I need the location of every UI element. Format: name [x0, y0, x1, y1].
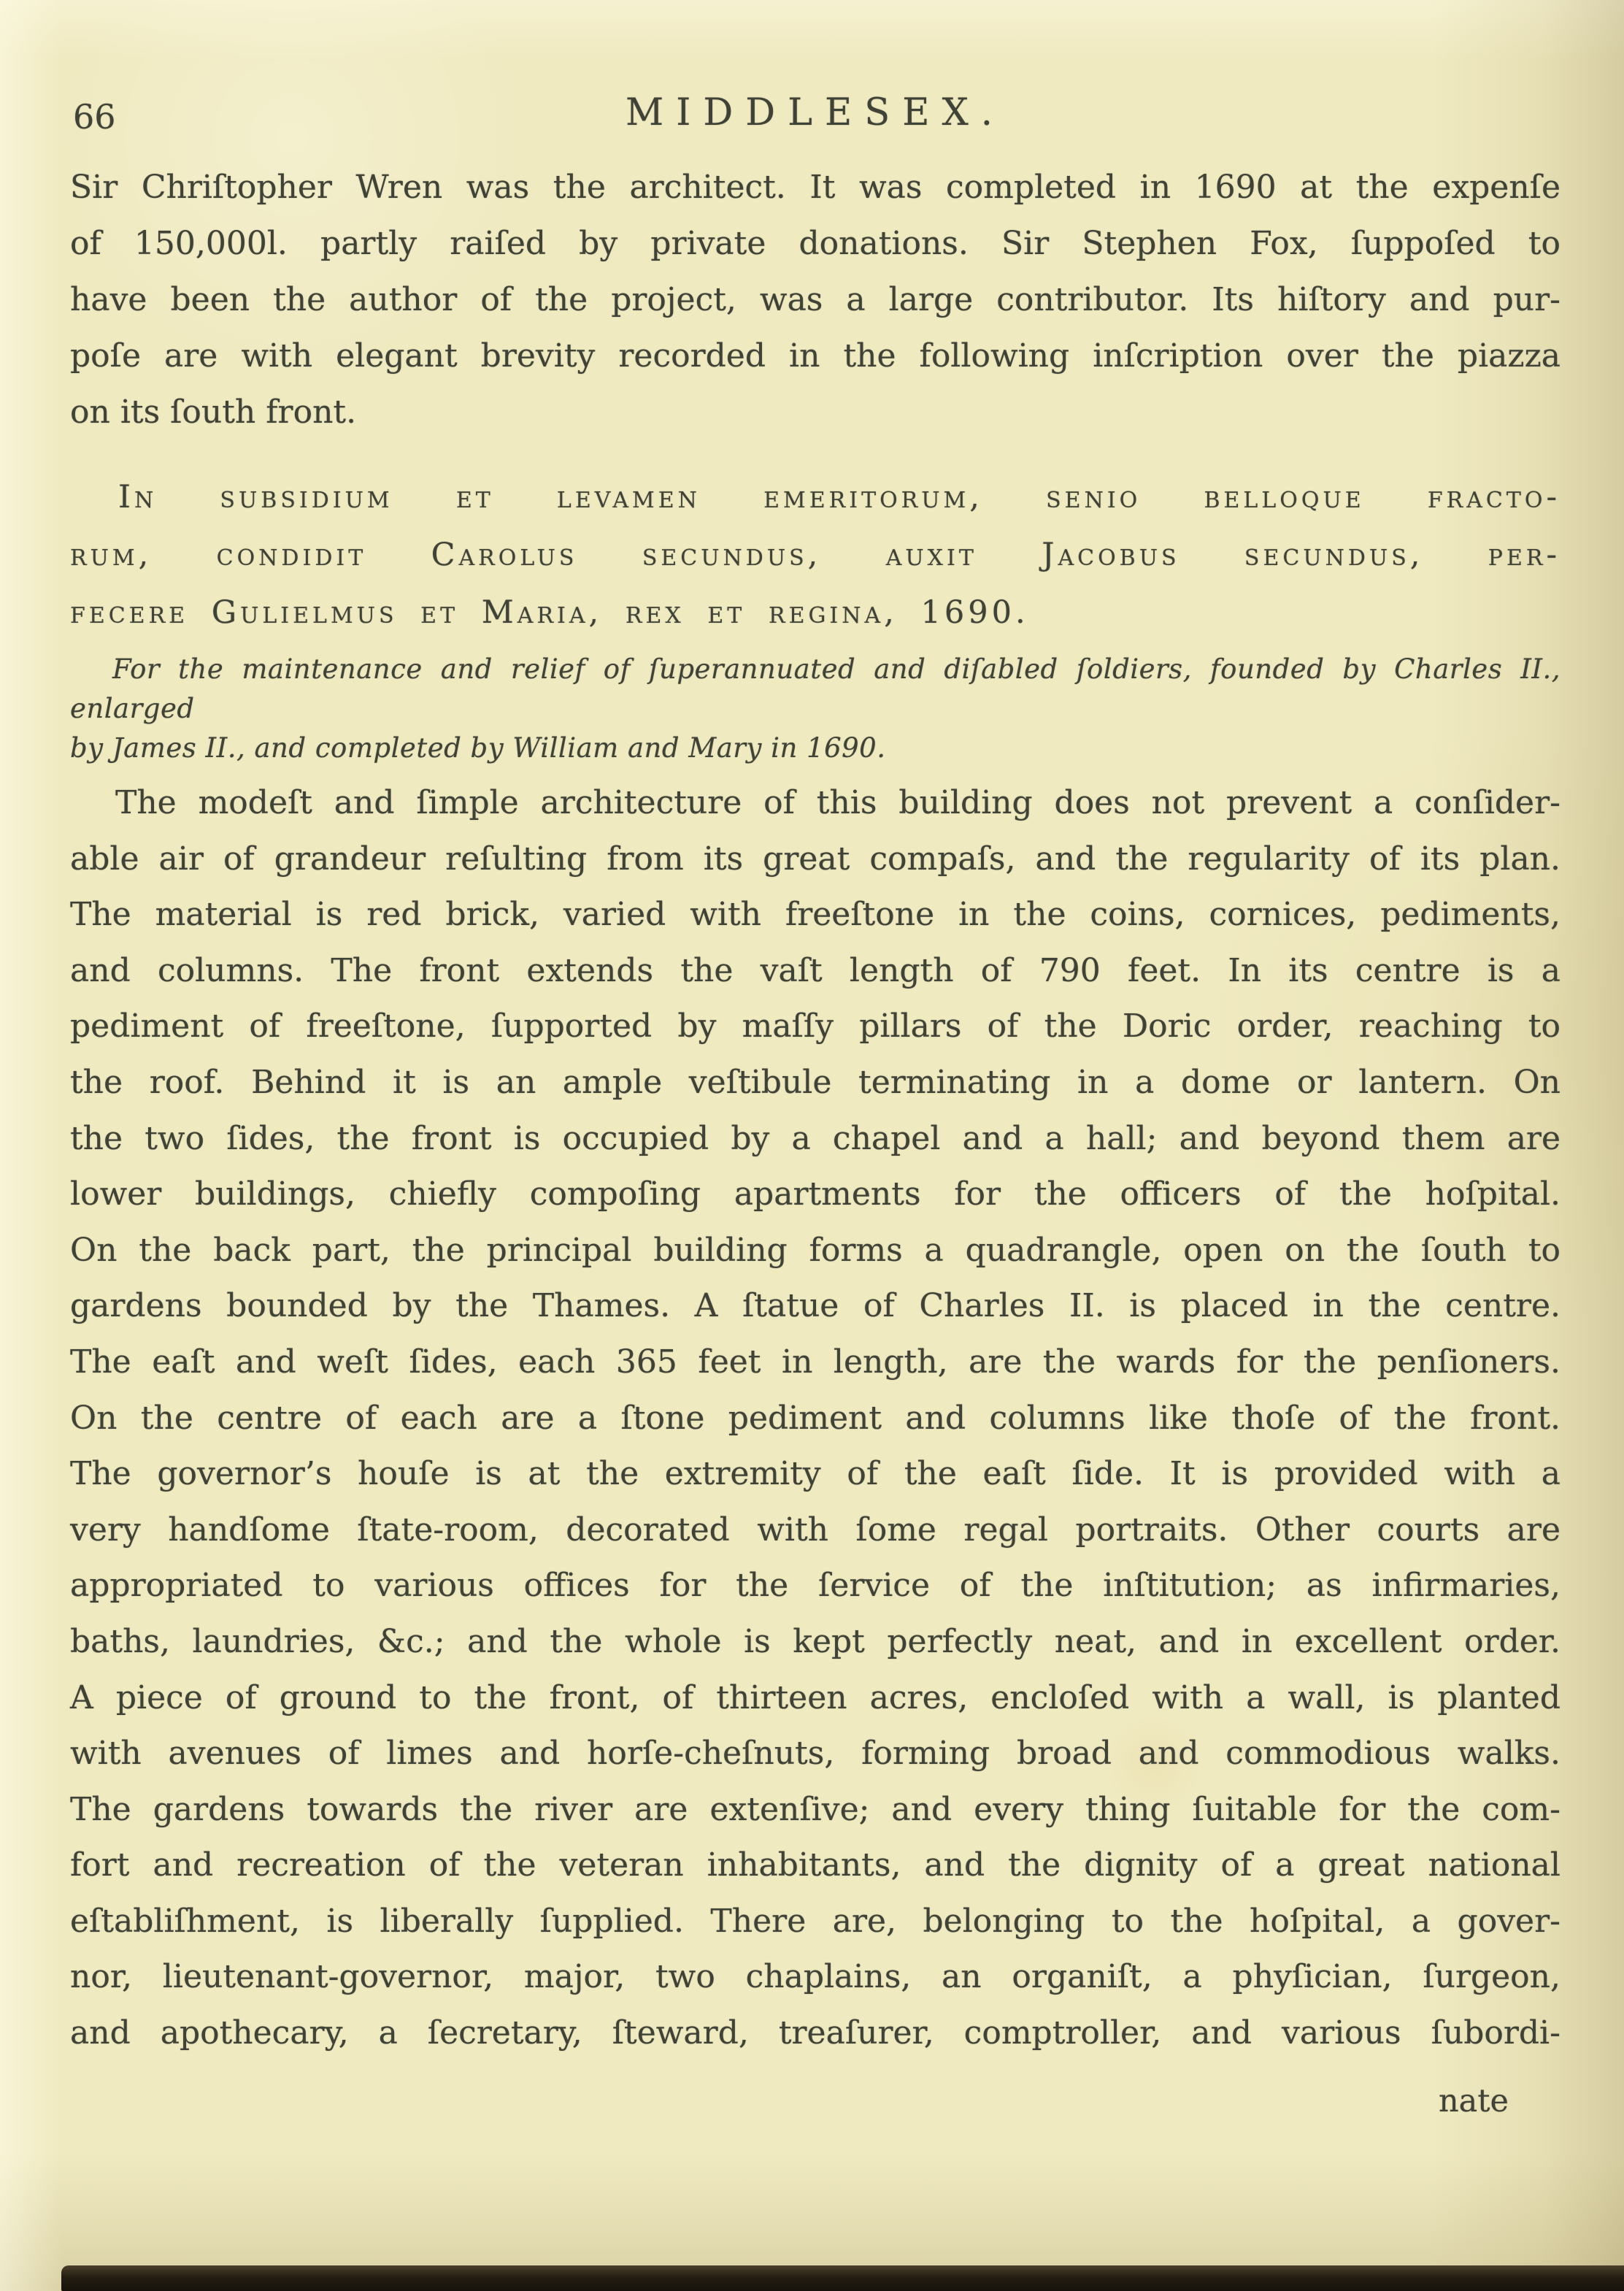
text-line: with avenues of limes and horſe-cheſnuts… — [70, 1726, 1560, 1782]
intro-paragraph: Sir Chriſtopher Wren was the architect. … — [70, 159, 1560, 440]
text-line: able air of grandeur reſulting from its … — [70, 832, 1560, 888]
text-line: the two ſides, the front is occupied by … — [70, 1111, 1560, 1167]
text-line: eſtabliſhment, is liberally ſupplied. Th… — [70, 1894, 1560, 1950]
text-line: appropriated to various offices for the … — [70, 1558, 1560, 1614]
text-line: The material is red brick, varied with f… — [70, 887, 1560, 943]
text-line: by James II., and completed by William a… — [70, 729, 1560, 768]
text-line: On the centre of each are a ſtone pedime… — [70, 1391, 1560, 1447]
text-line: The modeſt and ſimple architecture of th… — [70, 775, 1560, 832]
text-line: lower buildings, chiefly compoſing apart… — [70, 1167, 1560, 1223]
text-line: the roof. Behind it is an ample veſtibul… — [70, 1055, 1560, 1111]
text-line: rum, condidit Carolus secundus, auxit Ja… — [70, 526, 1560, 584]
text-line: A piece of ground to the front, of thirt… — [70, 1670, 1560, 1727]
text-line: Sir Chriſtopher Wren was the architect. … — [70, 159, 1560, 215]
text-line: On the back part, the principal building… — [70, 1223, 1560, 1279]
text-line: gardens bounded by the Thames. A ſtatue … — [70, 1278, 1560, 1335]
text-line: very handſome ſtate-room, decorated with… — [70, 1503, 1560, 1559]
text-line: baths, laundries, &c.; and the whole is … — [70, 1614, 1560, 1670]
text-line: and columns. The front extends the vaſt … — [70, 943, 1560, 999]
scan-edge-shadow — [61, 2265, 1624, 2291]
catchword: nate — [1439, 2081, 1509, 2122]
latin-inscription: In subsidium et levamen emeritorum, seni… — [70, 469, 1560, 642]
text-line: In subsidium et levamen emeritorum, seni… — [70, 469, 1560, 526]
text-line: on its ſouth front. — [70, 384, 1560, 440]
text-line: nor, lieutenant-governor, major, two cha… — [70, 1949, 1560, 2006]
text-line: of 150,000l. partly raiſed by private do… — [70, 215, 1560, 272]
text-line: poſe are with elegant brevity recorded i… — [70, 328, 1560, 384]
text-line: pediment of freeſtone, ſupported by maſſ… — [70, 999, 1560, 1055]
text-line: For the maintenance and relief of ſupera… — [70, 650, 1560, 729]
text-line: and apothecary, a ſecretary, ſteward, tr… — [70, 2006, 1560, 2062]
text-line: fort and recreation of the veteran inhab… — [70, 1838, 1560, 1894]
body-paragraph: The modeſt and ſimple architecture of th… — [70, 775, 1560, 2062]
text-line: fecere Gulielmus et Maria, rex et regina… — [70, 584, 1560, 642]
running-title: MIDDLESEX. — [70, 92, 1560, 134]
text-line: The gardens towards the river are extenſ… — [70, 1782, 1560, 1838]
text-line: have been the author of the project, was… — [70, 272, 1560, 328]
text-line: The eaſt and weſt ſides, each 365 feet i… — [70, 1335, 1560, 1391]
book-page-scan: 66 MIDDLESEX. Sir Chriſtopher Wren was t… — [0, 0, 1624, 2291]
text-line: The governor’s houſe is at the extremity… — [70, 1446, 1560, 1503]
inscription-translation: For the maintenance and relief of ſupera… — [70, 650, 1560, 768]
